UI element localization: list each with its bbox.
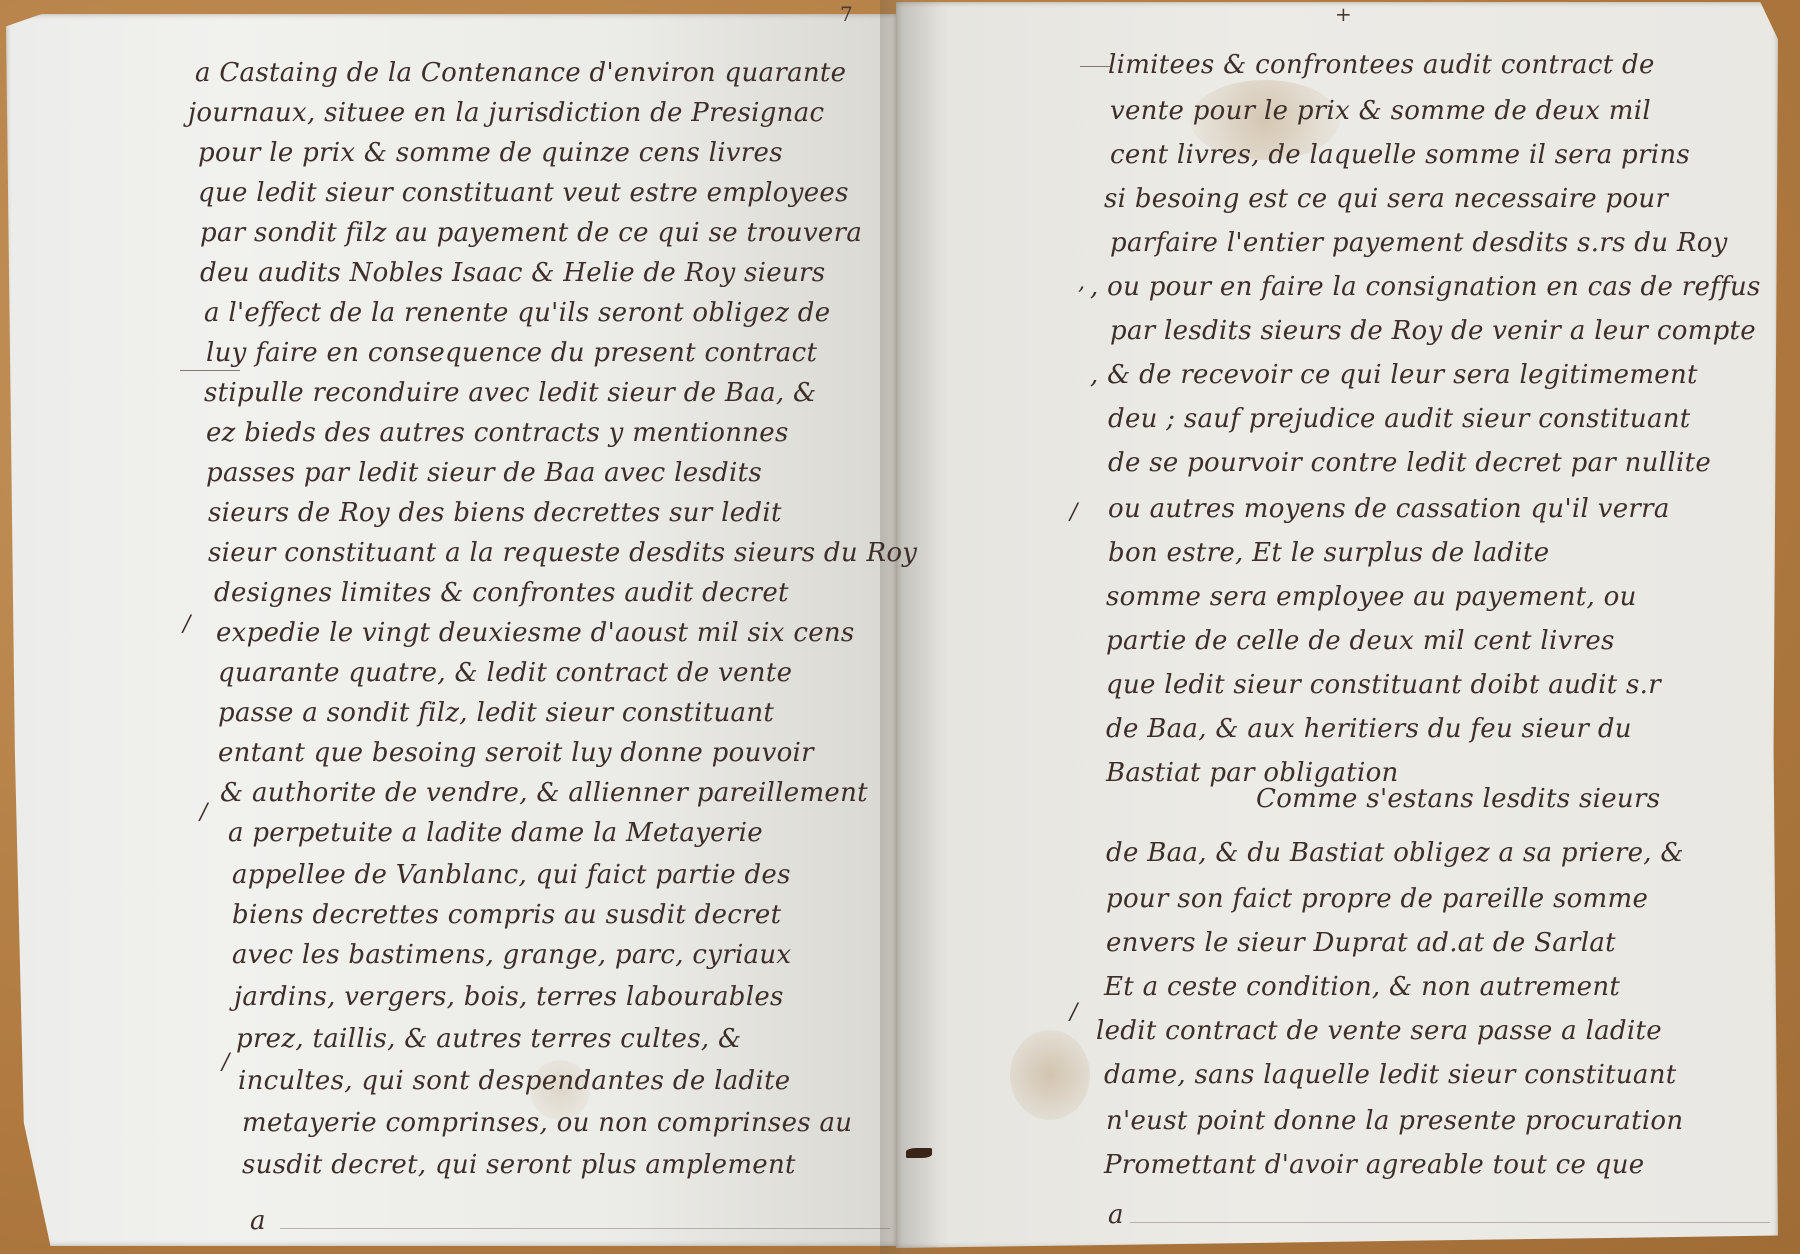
manuscript-line: expedie le vingt deuxiesme d'aoust mil s…	[216, 618, 855, 648]
manuscript-line: a l'effect de la renente qu'ils seront o…	[204, 298, 830, 328]
manuscript-line: avec les bastimens, grange, parc, cyriau…	[232, 940, 791, 970]
manuscript-line: appellee de Vanblanc, qui faict partie d…	[232, 860, 791, 890]
manuscript-line: limitees & confrontees audit contract de	[1108, 50, 1655, 80]
manuscript-line: designes limites & confrontes audit decr…	[214, 578, 789, 608]
manuscript-line: Comme s'estans lesdits sieurs	[1256, 784, 1660, 814]
manuscript-line: pour le prix & somme de quinze cens livr…	[198, 138, 783, 168]
manuscript-line: envers le sieur Duprat ad.at de Sarlat	[1106, 928, 1616, 958]
manuscript-line: n'eust point donne la presente procurati…	[1106, 1106, 1683, 1136]
closing-rule	[1130, 1222, 1770, 1223]
margin-rule	[180, 370, 240, 371]
manuscript-line: entant que besoing seroit luy donne pouv…	[218, 738, 814, 768]
manuscript-line: , & de recevoir ce qui leur sera legitim…	[1090, 360, 1698, 390]
manuscript-line: que ledit sieur constituant doibt audit …	[1106, 670, 1661, 700]
manuscript-line: jardins, vergers, bois, terres labourabl…	[234, 982, 784, 1012]
manuscript-line: metayerie comprinses, ou non comprinses …	[242, 1108, 852, 1138]
manuscript-line: susdit decret, qui seront plus amplement	[242, 1150, 796, 1180]
manuscript-line: sieur constituant a la requeste desdits …	[208, 538, 917, 568]
folio-mark-right: +	[1335, 2, 1352, 26]
manuscript-line: vente pour le prix & somme de deux mil	[1110, 96, 1651, 126]
manuscript-line: de Baa, & du Bastiat obligez a sa priere…	[1106, 838, 1684, 868]
manuscript-line: par sondit filz au payement de ce qui se…	[200, 218, 862, 248]
manuscript-line: passes par ledit sieur de Baa avec lesdi…	[206, 458, 762, 488]
manuscript-line: a	[250, 1206, 266, 1236]
binding-hole	[906, 1148, 932, 1158]
manuscript-line: a Castaing de la Contenance d'environ qu…	[195, 58, 846, 88]
manuscript-line: deu ; sauf prejudice audit sieur constit…	[1108, 404, 1691, 434]
manuscript-line: prez, taillis, & autres terres cultes, &	[236, 1024, 741, 1054]
margin-mark: /	[183, 612, 190, 637]
margin-mark: ,	[1078, 270, 1085, 295]
manuscript-line: , ou pour en faire la consignation en ca…	[1090, 272, 1761, 302]
manuscript-line: somme sera employee au payement, ou	[1106, 582, 1637, 612]
manuscript-line: passe a sondit filz, ledit sieur constit…	[218, 698, 774, 728]
margin-rule	[1080, 66, 1110, 67]
manuscript-line: biens decrettes compris au susdit decret	[232, 900, 781, 930]
manuscript-line: de se pourvoir contre ledit decret par n…	[1108, 448, 1711, 478]
margin-mark: /	[1070, 500, 1077, 525]
manuscript-line: Et a ceste condition, & non autrement	[1104, 972, 1620, 1002]
manuscript-line: que ledit sieur constituant veut estre e…	[198, 178, 849, 208]
closing-rule	[280, 1228, 890, 1229]
manuscript-line: par lesdits sieurs de Roy de venir a leu…	[1110, 316, 1756, 346]
manuscript-line: partie de celle de deux mil cent livres	[1106, 626, 1615, 656]
margin-mark: /	[222, 1050, 229, 1075]
manuscript-line: sieurs de Roy des biens decrettes sur le…	[208, 498, 782, 528]
manuscript-line: luy faire en consequence du present cont…	[206, 338, 817, 368]
page-gutter-shadow	[880, 0, 940, 1254]
manuscript-line: a	[1108, 1200, 1124, 1230]
manuscript-line: si besoing est ce qui sera necessaire po…	[1104, 184, 1668, 214]
folio-mark-left: 7	[840, 2, 853, 26]
manuscript-line: parfaire l'entier payement desdits s.rs …	[1110, 228, 1728, 258]
manuscript-line: de Baa, & aux heritiers du feu sieur du	[1106, 714, 1632, 744]
manuscript-line: pour son faict propre de pareille somme	[1106, 884, 1648, 914]
manuscript-line: deu audits Nobles Isaac & Helie de Roy s…	[200, 258, 825, 288]
margin-mark: /	[200, 800, 207, 825]
manuscript-line: a perpetuite a ladite dame la Metayerie	[228, 818, 763, 848]
manuscript-line: incultes, qui sont despendantes de ladit…	[238, 1066, 791, 1096]
manuscript-line: ou autres moyens de cassation qu'il verr…	[1108, 494, 1670, 524]
margin-mark: /	[1070, 1000, 1077, 1025]
manuscript-line: bon estre, Et le surplus de ladite	[1108, 538, 1549, 568]
manuscript-line: & authorite de vendre, & allienner parei…	[220, 778, 868, 808]
water-stain	[1010, 1030, 1090, 1120]
manuscript-line: ledit contract de vente sera passe a lad…	[1096, 1016, 1662, 1046]
manuscript-line: cent livres, de laquelle somme il sera p…	[1110, 140, 1690, 170]
manuscript-line: journaux, situee en la jurisdiction de P…	[188, 98, 824, 128]
manuscript-line: stipulle reconduire avec ledit sieur de …	[204, 378, 816, 408]
manuscript-line: ez bieds des autres contracts y mentionn…	[206, 418, 789, 448]
manuscript-line: dame, sans laquelle ledit sieur constitu…	[1104, 1060, 1677, 1090]
manuscript-line: Promettant d'avoir agreable tout ce que	[1104, 1150, 1644, 1180]
manuscript-line: quarante quatre, & ledit contract de ven…	[218, 658, 792, 688]
